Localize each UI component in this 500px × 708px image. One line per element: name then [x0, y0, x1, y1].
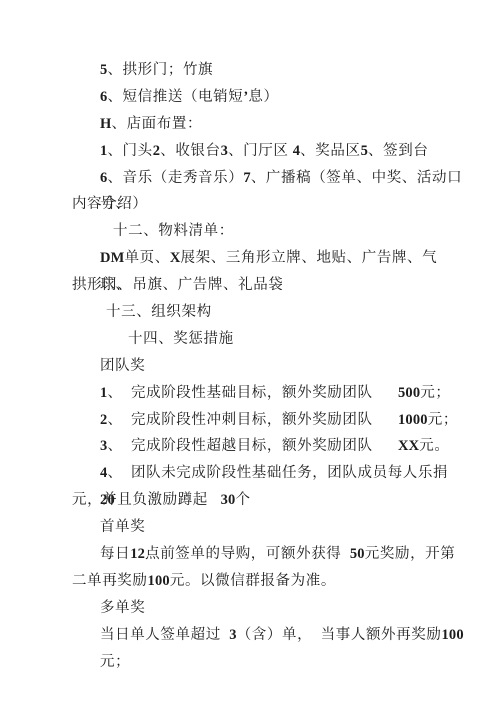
- first-order-award-desc: 每日12点前签单的导购，可额外获得 50元奖励，开第: [72, 541, 464, 568]
- team-award-item-2: 2、 完成阶段性冲刺目标，额外奖励团队 1000元；: [72, 407, 464, 434]
- line-music-broadcast: 6、音乐（走秀音乐）7、广播稿（签单、中奖、活动口号、: [72, 165, 464, 192]
- team-award-item-3: 3、 完成阶段性超越目标，额外奖励团队 XX元。: [72, 433, 464, 460]
- line-materials-row-2: 拱形门、吊旗、广告牌、礼品袋: [72, 272, 464, 299]
- document-body: 5、拱形门；竹旗 6、短信推送（电销短’息） H、店面布置： 1、门头2、收银台…: [0, 0, 500, 649]
- document-page: 5、拱形门；竹旗 6、短信推送（电销短’息） H、店面布置： 1、门头2、收银台…: [0, 0, 500, 708]
- team-award-item-4-cont: 元，并且负激励蹲起 30个: [72, 487, 464, 514]
- subheading-first-order-award: 首单奖: [72, 514, 464, 541]
- subheading-multi-order-award: 多单奖: [72, 595, 464, 622]
- line-content-intro-cont: 内容介绍）: [72, 191, 464, 218]
- line-item-5-arch-door: 5、拱形门；竹旗: [72, 57, 464, 84]
- line-store-zones: 1、门头2、收银台3、门厅区 4、奖品区5、签到台: [72, 138, 464, 165]
- section-14-reward-punishment: 十四、奖惩措施: [72, 326, 464, 353]
- line-materials-row-1: DM单页、X展架、三角形立牌、地贴、广告牌、气球、: [72, 245, 464, 272]
- line-item-6-sms-push: 6、短信推送（电销短’息）: [72, 84, 464, 111]
- subheading-team-award: 团队奖: [72, 353, 464, 380]
- line-heading-store-layout: H、店面布置：: [72, 111, 464, 138]
- team-award-item-4: 4、 团队未完成阶段性基础任务，团队成员每人乐捐 20: [72, 460, 464, 487]
- team-award-item-1: 1、 完成阶段性基础目标，额外奖励团队 500元；: [72, 380, 464, 407]
- multi-order-award-desc: 当日单人签单超过 3（含）单， 当事人额外再奖励100元；: [72, 622, 464, 649]
- section-13-org-structure: 十三、组织架构: [72, 299, 464, 326]
- section-12-materials-list: 十二、物料清单：: [72, 218, 464, 245]
- first-order-award-desc-cont: 二单再奖励100元。以微信群报备为准。: [72, 568, 464, 595]
